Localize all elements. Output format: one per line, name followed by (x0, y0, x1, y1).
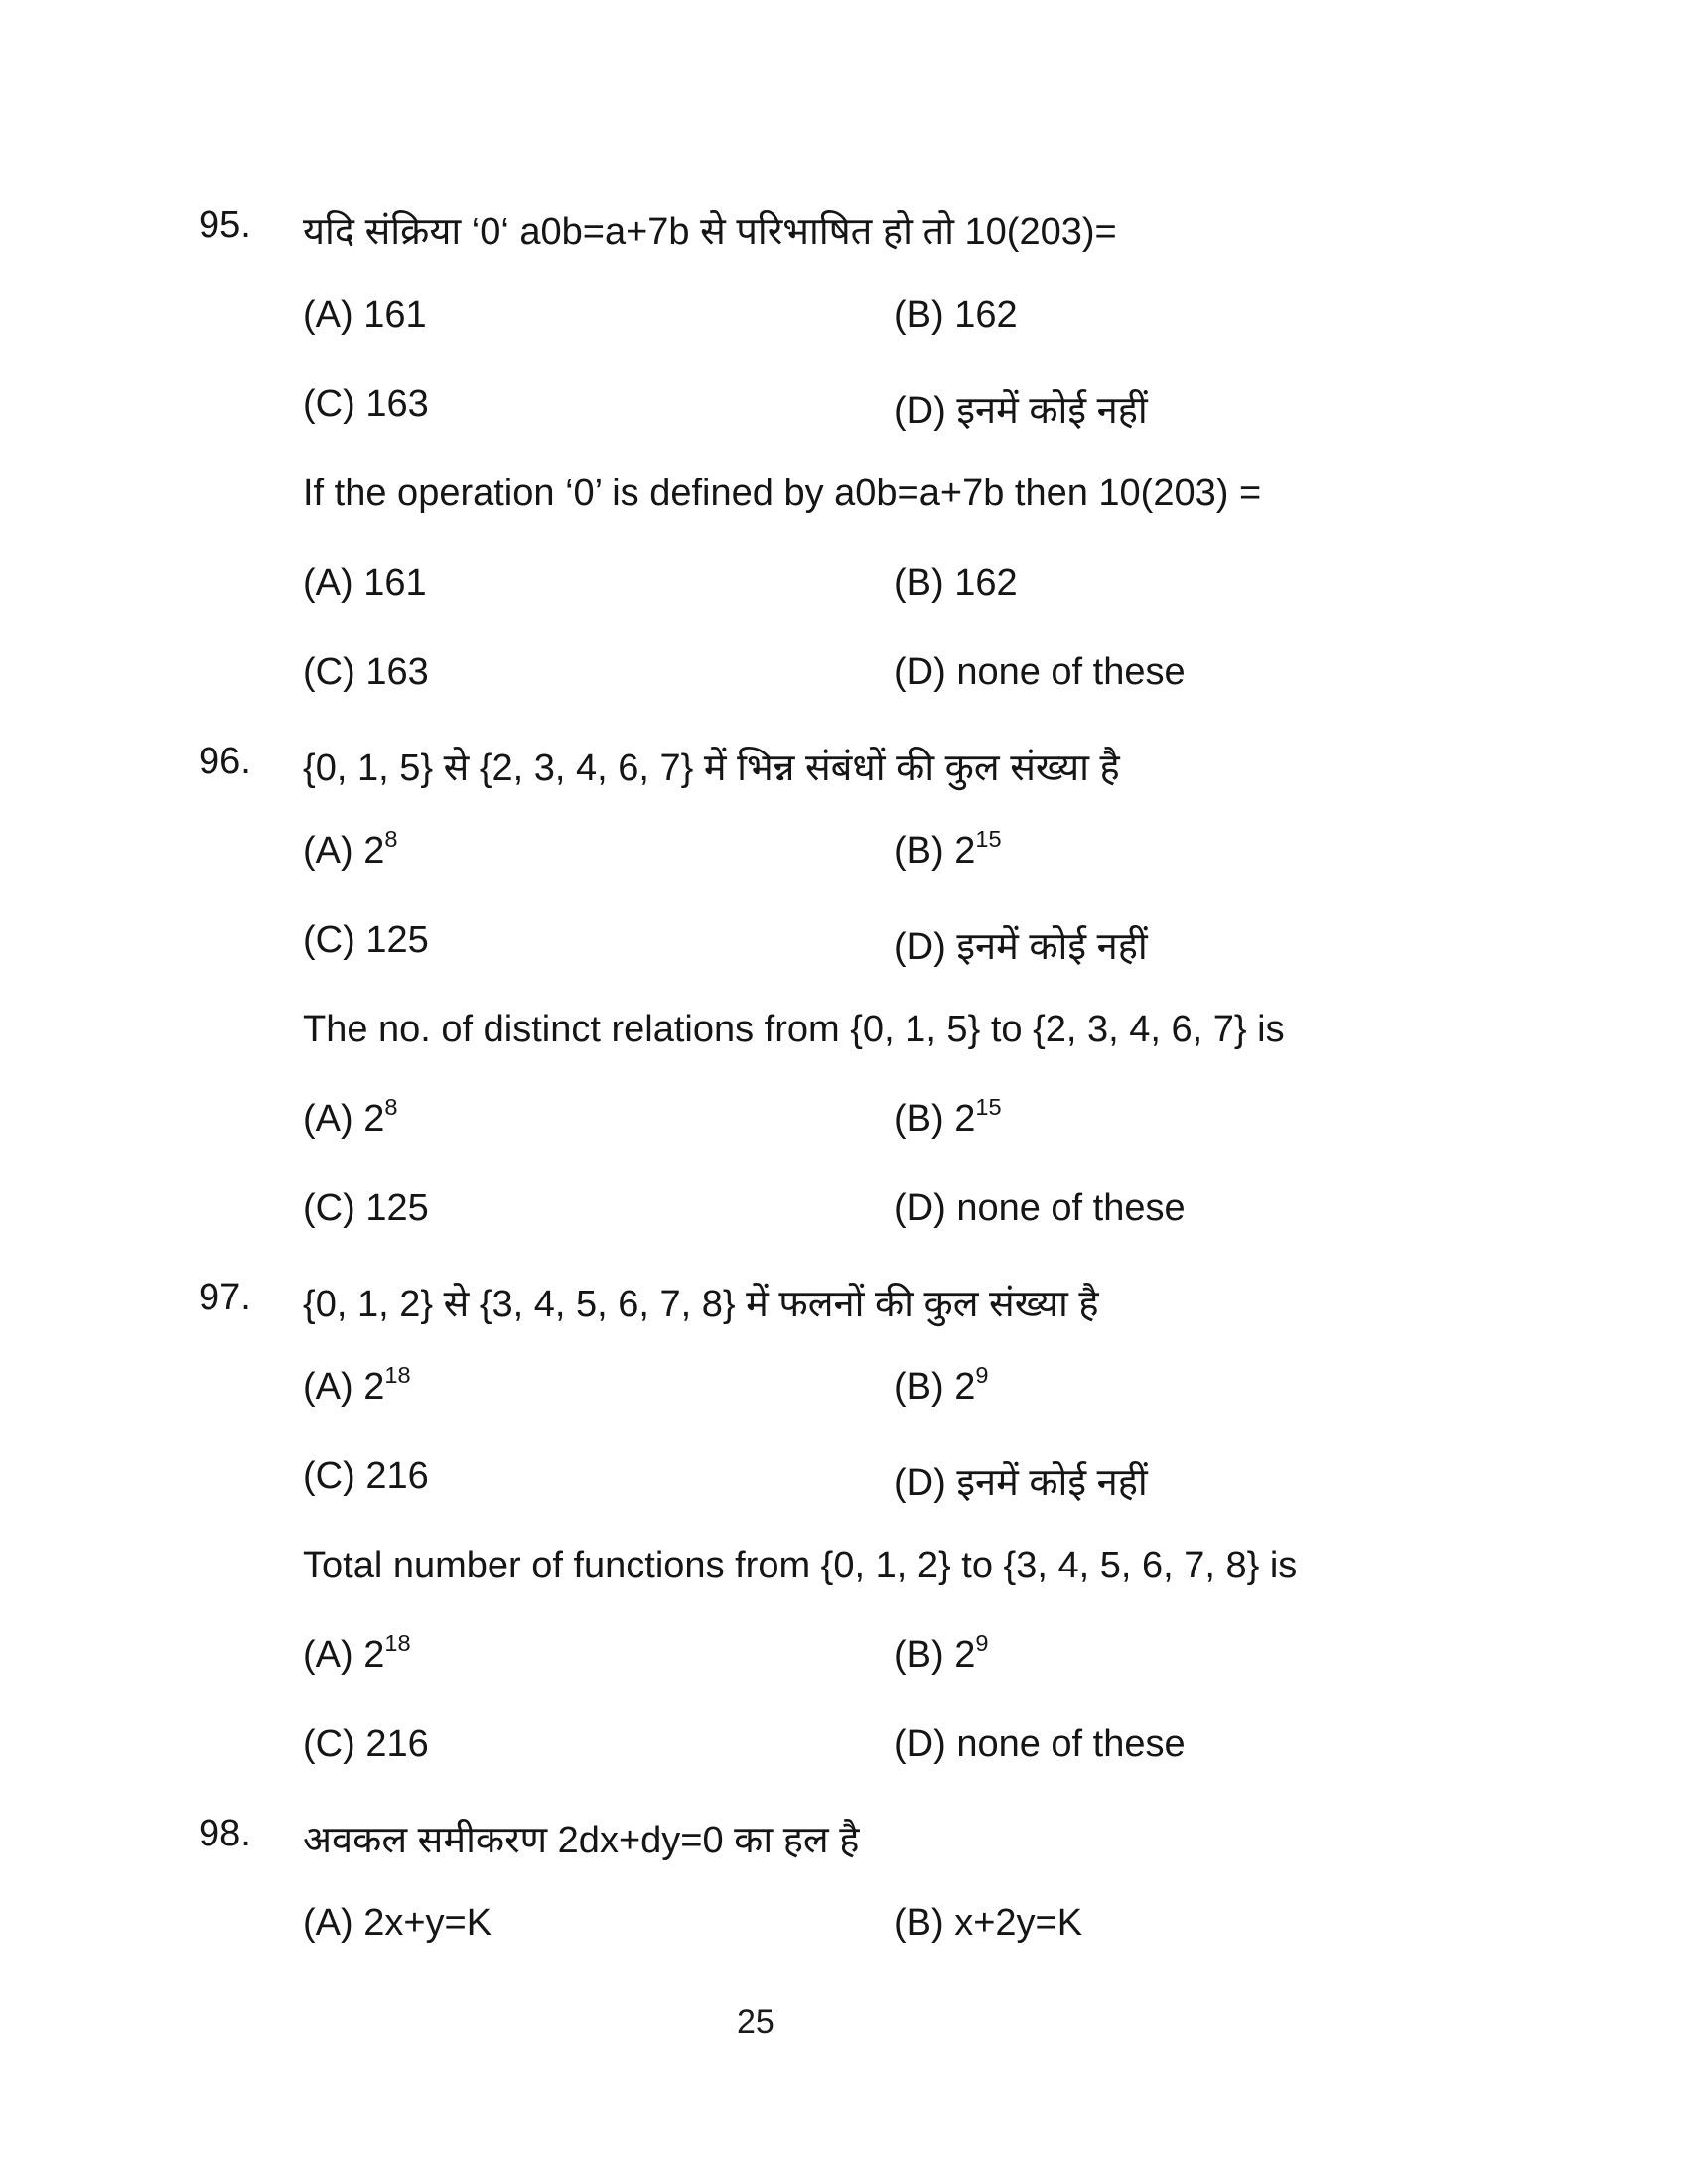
option-label: (A) (303, 1902, 353, 1944)
option-97-hi-d: (D) इनमें कोई नहीं (894, 1455, 1148, 1507)
options-row: (C) 125 (D) इनमें कोई नहीं (0, 919, 1688, 963)
option-96-en-a: (A) 28 (303, 1098, 397, 1141)
question-number: 96. (199, 741, 251, 783)
option-value: 2 (363, 1366, 384, 1408)
option-superscript: 9 (975, 1362, 988, 1388)
option-98-hi-a: (A) 2x+y=K (303, 1902, 492, 1945)
option-label: (C) (303, 1187, 355, 1229)
option-label: (D) (894, 651, 946, 693)
option-label: (A) (303, 1634, 353, 1676)
option-95-en-a: (A) 161 (303, 562, 427, 605)
question-stem-hindi: अवकल समीकरण 2dx+dy=0 का हल है (303, 1813, 859, 1864)
option-value: 2 (954, 1366, 975, 1408)
option-97-hi-a: (A) 218 (303, 1366, 411, 1409)
option-value: 2 (363, 1098, 384, 1140)
option-label: (A) (303, 1366, 353, 1408)
option-95-hi-c: (C) 163 (303, 383, 429, 426)
options-row: (A) 28 (B) 215 (0, 1098, 1688, 1142)
option-96-hi-d: (D) इनमें कोई नहीं (894, 919, 1148, 971)
option-97-en-b: (B) 29 (894, 1634, 988, 1677)
option-superscript: 9 (975, 1630, 988, 1656)
option-value: 216 (365, 1723, 428, 1765)
option-label: (D) (894, 1462, 946, 1504)
option-96-en-c: (C) 125 (303, 1187, 429, 1230)
question-97-hindi-row: 97. {0, 1, 2} से {3, 4, 5, 6, 7, 8} में … (0, 1277, 1688, 1320)
option-label: (A) (303, 562, 353, 604)
options-row: (A) 218 (B) 29 (0, 1634, 1688, 1678)
question-98-hindi-row: 98. अवकल समीकरण 2dx+dy=0 का हल है (0, 1813, 1688, 1856)
option-label: (C) (303, 1455, 355, 1497)
option-label: (A) (303, 294, 353, 336)
option-superscript: 8 (384, 826, 397, 852)
option-value: 216 (365, 1455, 428, 1497)
question-stem-hindi: {0, 1, 2} से {3, 4, 5, 6, 7, 8} में फलनो… (303, 1277, 1099, 1328)
option-value: 163 (365, 383, 428, 425)
options-row: (C) 216 (D) इनमें कोई नहीं (0, 1455, 1688, 1499)
option-superscript: 8 (384, 1094, 397, 1120)
option-95-en-d: (D) none of these (894, 651, 1186, 694)
option-value: 161 (363, 562, 426, 604)
option-96-en-d: (D) none of these (894, 1187, 1186, 1230)
options-row: (A) 161 (B) 162 (0, 562, 1688, 606)
option-superscript: 15 (975, 1094, 1001, 1120)
option-value: इनमें कोई नहीं (956, 926, 1147, 968)
option-value: 162 (954, 562, 1017, 604)
option-label: (B) (894, 1902, 944, 1944)
option-value: 162 (954, 294, 1017, 336)
option-superscript: 18 (384, 1630, 410, 1656)
option-97-en-d: (D) none of these (894, 1723, 1186, 1766)
option-label: (C) (303, 383, 355, 425)
option-value: 161 (363, 294, 426, 336)
page-number: 25 (737, 2003, 774, 2042)
option-96-en-b: (B) 215 (894, 1098, 1002, 1141)
option-label: (A) (303, 1098, 353, 1140)
option-95-en-b: (B) 162 (894, 562, 1018, 605)
option-label: (D) (894, 926, 946, 968)
option-96-hi-a: (A) 28 (303, 830, 397, 873)
option-value: 2 (954, 830, 975, 872)
question-stem-english: The no. of distinct relations from {0, 1… (303, 1009, 1285, 1051)
option-label: (D) (894, 390, 946, 432)
option-label: (D) (894, 1187, 946, 1229)
options-row: (C) 163 (D) none of these (0, 651, 1688, 695)
option-value: 2 (954, 1098, 975, 1140)
option-superscript: 18 (384, 1362, 410, 1388)
option-value: इनमें कोई नहीं (956, 1462, 1147, 1504)
option-label: (B) (894, 830, 944, 872)
option-label: (B) (894, 294, 944, 336)
question-96-hindi-row: 96. {0, 1, 5} से {2, 3, 4, 6, 7} में भिन… (0, 741, 1688, 784)
option-value: none of these (956, 1187, 1185, 1229)
options-row: (A) 218 (B) 29 (0, 1366, 1688, 1410)
question-95-hindi-row: 95. यदि संक्रिया ‘0‘ a0b=a+7b से परिभाषि… (0, 205, 1688, 248)
option-96-hi-c: (C) 125 (303, 919, 429, 962)
option-value: x+2y=K (954, 1902, 1082, 1944)
option-value: 2x+y=K (363, 1902, 492, 1944)
option-label: (B) (894, 562, 944, 604)
option-label: (B) (894, 1098, 944, 1140)
option-label: (B) (894, 1366, 944, 1408)
option-95-en-c: (C) 163 (303, 651, 429, 694)
option-97-en-c: (C) 216 (303, 1723, 429, 1766)
exam-paper-page: 95. यदि संक्रिया ‘0‘ a0b=a+7b से परिभाषि… (0, 0, 1688, 2184)
question-number: 98. (199, 1813, 251, 1855)
question-number: 97. (199, 1277, 251, 1319)
option-label: (A) (303, 830, 353, 872)
option-95-hi-d: (D) इनमें कोई नहीं (894, 383, 1148, 435)
question-number: 95. (199, 205, 251, 247)
options-row: (C) 125 (D) none of these (0, 1187, 1688, 1231)
option-label: (D) (894, 1723, 946, 1765)
option-value: इनमें कोई नहीं (956, 390, 1147, 432)
option-label: (C) (303, 1723, 355, 1765)
option-superscript: 15 (975, 826, 1001, 852)
option-value: none of these (956, 1723, 1185, 1765)
option-value: 2 (954, 1634, 975, 1676)
options-row: (C) 163 (D) इनमें कोई नहीं (0, 383, 1688, 427)
option-value: 163 (365, 651, 428, 693)
option-label: (C) (303, 651, 355, 693)
options-row: (A) 28 (B) 215 (0, 830, 1688, 874)
option-98-hi-b: (B) x+2y=K (894, 1902, 1082, 1945)
question-97-english-row: Total number of functions from {0, 1, 2}… (0, 1545, 1688, 1588)
option-95-hi-a: (A) 161 (303, 294, 427, 337)
option-value: 2 (363, 1634, 384, 1676)
option-value: none of these (956, 651, 1185, 693)
option-value: 125 (365, 919, 428, 961)
options-row: (A) 161 (B) 162 (0, 294, 1688, 338)
question-stem-english: If the operation ‘0’ is defined by a0b=a… (303, 473, 1261, 515)
option-value: 2 (363, 830, 384, 872)
option-value: 125 (365, 1187, 428, 1229)
option-label: (C) (303, 919, 355, 961)
options-row: (A) 2x+y=K (B) x+2y=K (0, 1902, 1688, 1946)
option-label: (B) (894, 1634, 944, 1676)
option-97-hi-c: (C) 216 (303, 1455, 429, 1498)
option-96-hi-b: (B) 215 (894, 830, 1002, 873)
question-95-english-row: If the operation ‘0’ is defined by a0b=a… (0, 473, 1688, 516)
question-stem-hindi: यदि संक्रिया ‘0‘ a0b=a+7b से परिभाषित हो… (303, 205, 1117, 256)
option-97-en-a: (A) 218 (303, 1634, 411, 1677)
option-97-hi-b: (B) 29 (894, 1366, 988, 1409)
question-stem-hindi: {0, 1, 5} से {2, 3, 4, 6, 7} में भिन्न स… (303, 741, 1120, 792)
options-row: (C) 216 (D) none of these (0, 1723, 1688, 1767)
question-stem-english: Total number of functions from {0, 1, 2}… (303, 1545, 1297, 1587)
question-96-english-row: The no. of distinct relations from {0, 1… (0, 1009, 1688, 1052)
option-95-hi-b: (B) 162 (894, 294, 1018, 337)
